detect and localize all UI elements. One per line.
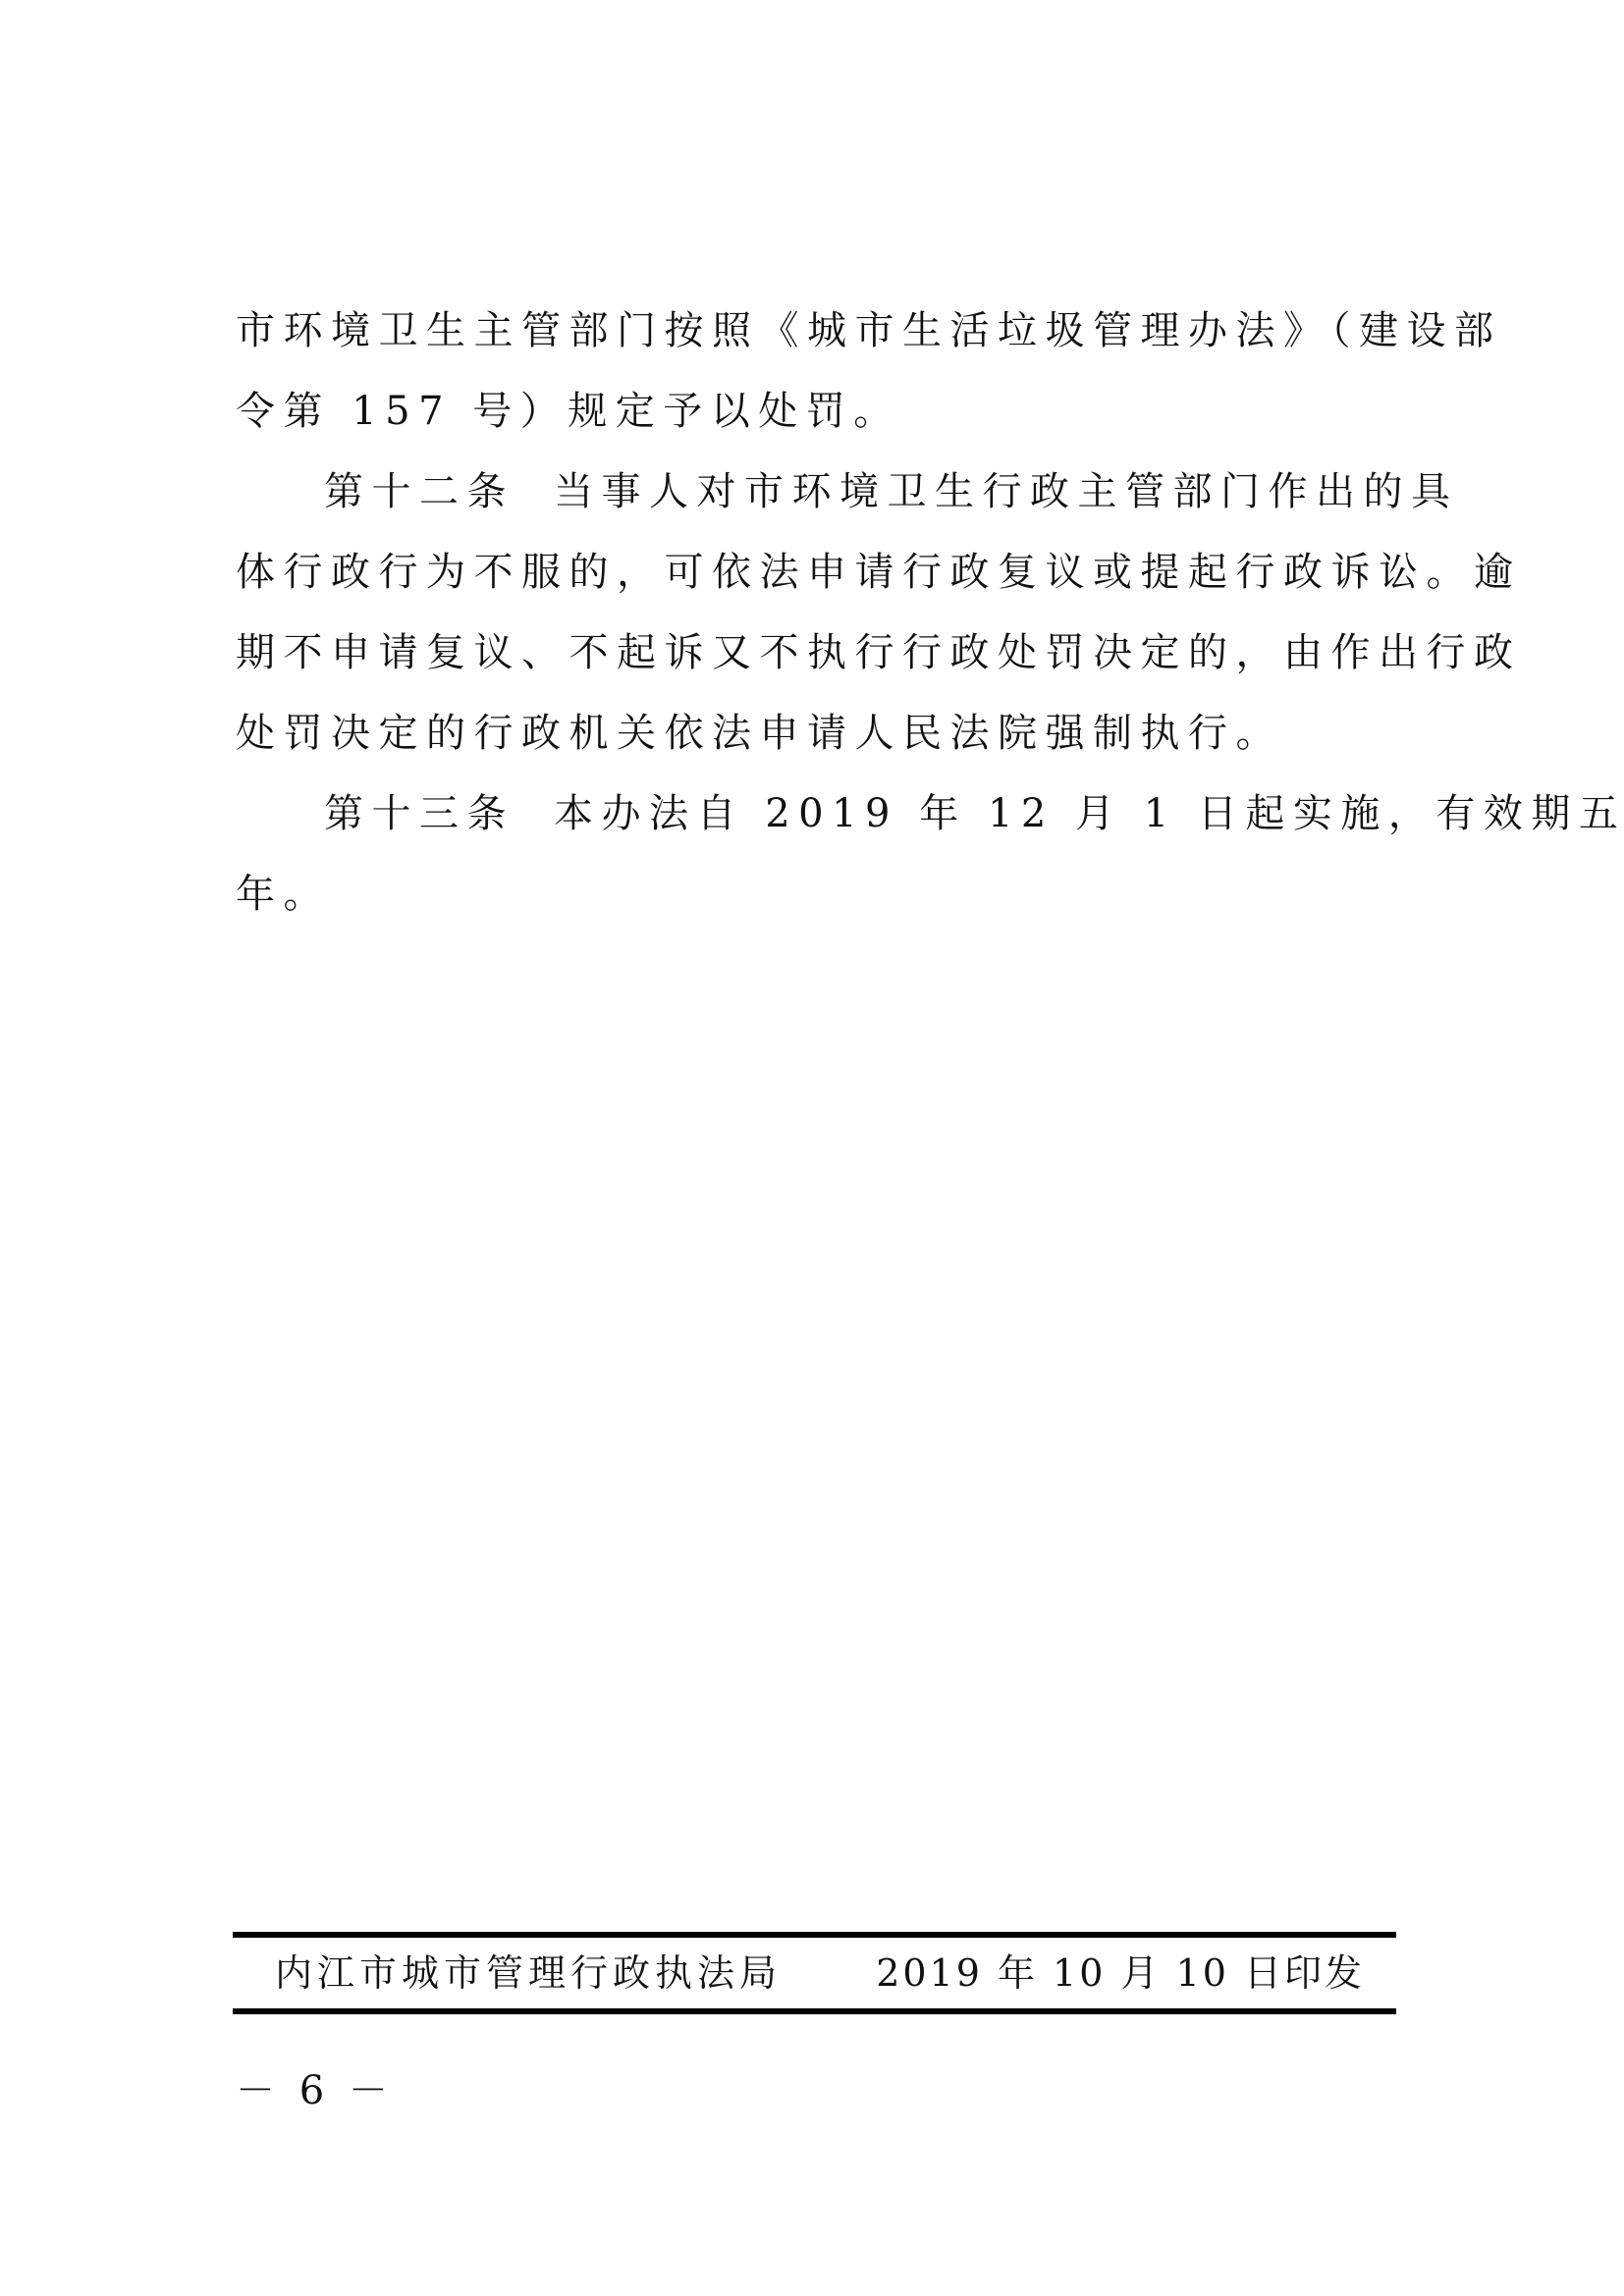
text-line: 期不申请复议、不起诉又不执行行政处罚决定的，由作出行政 bbox=[236, 613, 1414, 693]
paragraph-text: 期不申请复议、不起诉又不执行行政处罚决定的，由作出行政 bbox=[236, 630, 1522, 675]
paragraph-text: 本办法自 2019 年 12 月 1 日起实施，有效期五 bbox=[554, 791, 1624, 836]
paragraph-text: 市环境卫生主管部门按照《城市生活垃圾管理办法》（建设部 bbox=[236, 308, 1502, 353]
text-line: 处罚决定的行政机关依法申请人民法院强制执行。 bbox=[236, 693, 1414, 774]
text-line: 体行政行为不服的，可依法申请行政复议或提起行政诉讼。逾 bbox=[236, 532, 1414, 613]
article-number: 第十二条 bbox=[324, 469, 514, 514]
article-13-first-line: 第十三条本办法自 2019 年 12 月 1 日起实施，有效期五 bbox=[236, 774, 1414, 854]
footer-bottom-rule bbox=[233, 2008, 1396, 2014]
paragraph-text: 体行政行为不服的，可依法申请行政复议或提起行政诉讼。逾 bbox=[236, 550, 1522, 595]
paragraph-text: 令第 157 号）规定予以处罚。 bbox=[236, 389, 901, 434]
text-line: 市环境卫生主管部门按照《城市生活垃圾管理办法》（建设部 bbox=[236, 291, 1414, 371]
footer-colophon: 内江市城市管理行政执法局 2019 年 10 月 10 日印发 bbox=[275, 1942, 1365, 2004]
article-number: 第十三条 bbox=[324, 791, 514, 836]
paragraph-text: 年。 bbox=[236, 872, 331, 917]
paragraph-text: 当事人对市环境卫生行政主管部门作出的具 bbox=[554, 469, 1459, 514]
footer-top-rule bbox=[233, 1932, 1396, 1938]
article-12-first-line: 第十二条当事人对市环境卫生行政主管部门作出的具 bbox=[236, 452, 1414, 532]
text-line: 令第 157 号）规定予以处罚。 bbox=[236, 371, 1414, 452]
paragraph-text: 处罚决定的行政机关依法申请人民法院强制执行。 bbox=[236, 711, 1283, 756]
text-line: 年。 bbox=[236, 854, 1414, 934]
print-date: 2019 年 10 月 10 日印发 bbox=[876, 1942, 1365, 2004]
issuer-name: 内江市城市管理行政执法局 bbox=[275, 1942, 782, 2004]
document-page: 市环境卫生主管部门按照《城市生活垃圾管理办法》（建设部 令第 157 号）规定予… bbox=[0, 0, 1624, 2296]
page-number: － 6 － bbox=[236, 2061, 394, 2120]
document-body: 市环境卫生主管部门按照《城市生活垃圾管理办法》（建设部 令第 157 号）规定予… bbox=[236, 291, 1414, 934]
